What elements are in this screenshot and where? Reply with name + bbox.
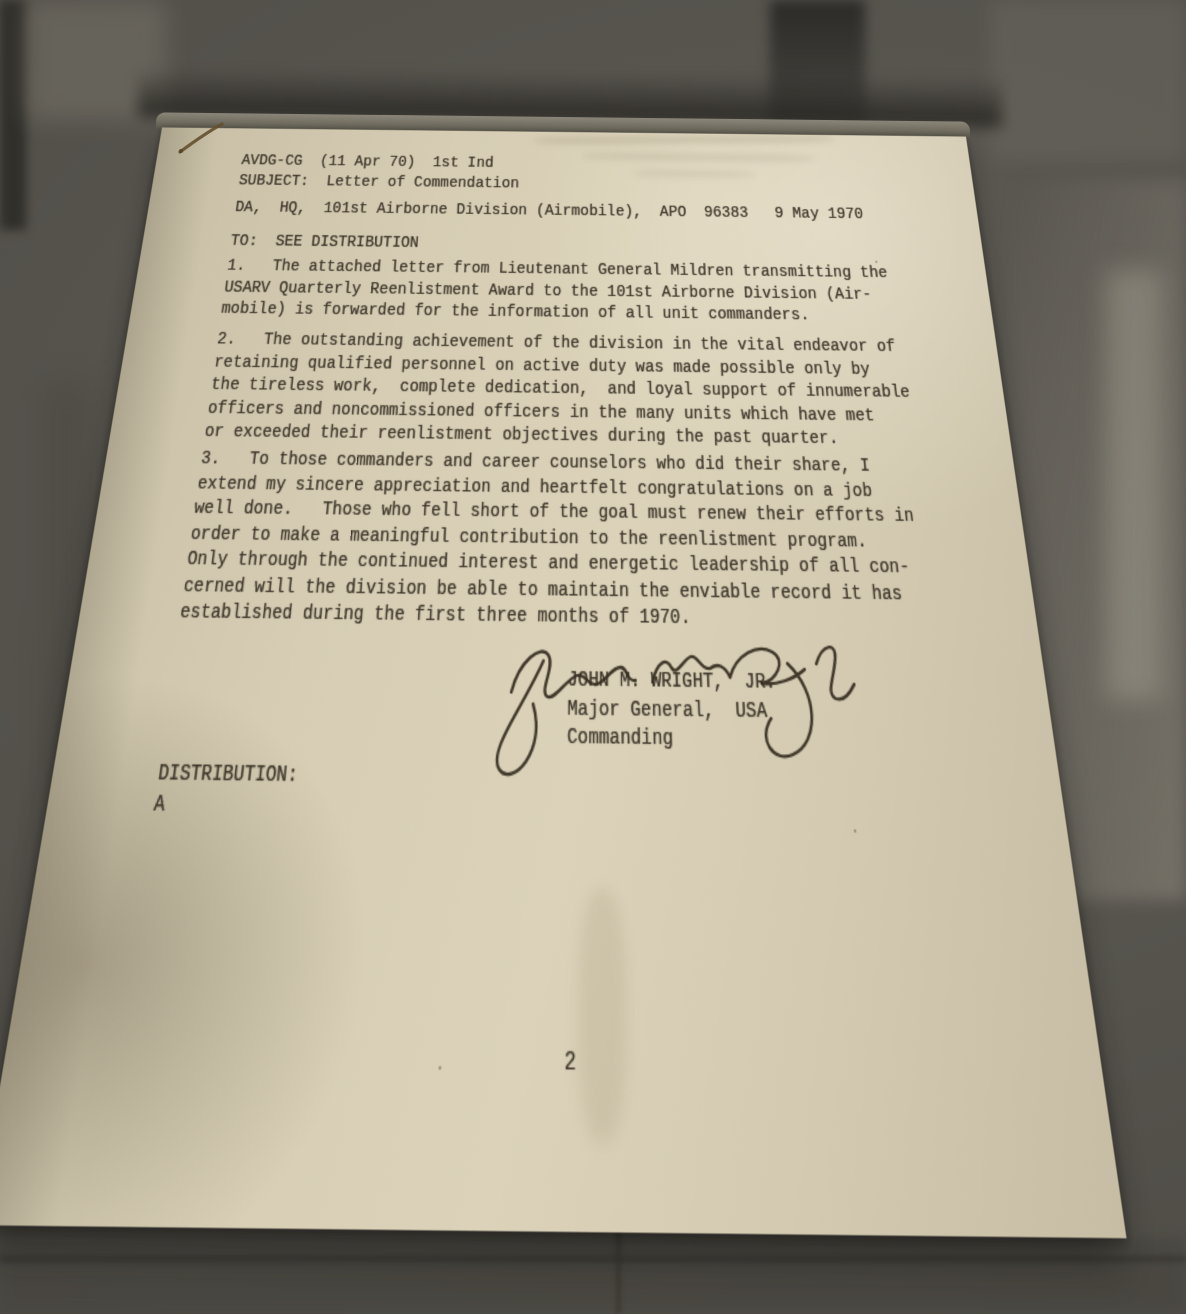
- fabric-fold: [1106, 270, 1162, 700]
- pen-mark: [170, 114, 234, 162]
- fabric-fold: [616, 1222, 621, 1314]
- from-line: DA, HQ, 101st Airborne Division (Airmobi…: [234, 199, 865, 226]
- paragraph-1: 1. The attached letter from Lieutenant G…: [220, 257, 894, 329]
- dust-speck: [438, 1066, 441, 1070]
- fabric-fold: [0, 0, 26, 230]
- fabric-fold: [0, 1256, 1186, 1262]
- bleedthrough-mark: [534, 134, 835, 145]
- to-line: TO: SEE DISTRIBUTION: [229, 232, 419, 255]
- bleedthrough-mark: [582, 152, 814, 163]
- fabric-fold: [990, 0, 1186, 160]
- dust-speck: [854, 829, 857, 832]
- photo-scene: AVDG-CG (11 Apr 70) 1st Ind SUBJECT: Let…: [0, 0, 1186, 1314]
- page-number: 2: [564, 1048, 576, 1084]
- paragraph-3: 3. To those commanders and career counse…: [178, 448, 927, 636]
- paragraph-2: 2. The outstanding achievement of the di…: [203, 330, 917, 454]
- dust-speck: [875, 261, 877, 263]
- fabric-fold: [0, 1238, 1186, 1314]
- handwritten-signature: [466, 618, 881, 791]
- document-page: AVDG-CG (11 Apr 70) 1st Ind SUBJECT: Let…: [0, 127, 1127, 1238]
- distribution-item: A: [152, 791, 167, 822]
- bleedthrough-mark: [633, 169, 755, 177]
- subject-line: SUBJECT: Letter of Commendation: [237, 172, 519, 195]
- paper-stain: [578, 891, 628, 1143]
- distribution-label: DISTRIBUTION:: [156, 761, 299, 793]
